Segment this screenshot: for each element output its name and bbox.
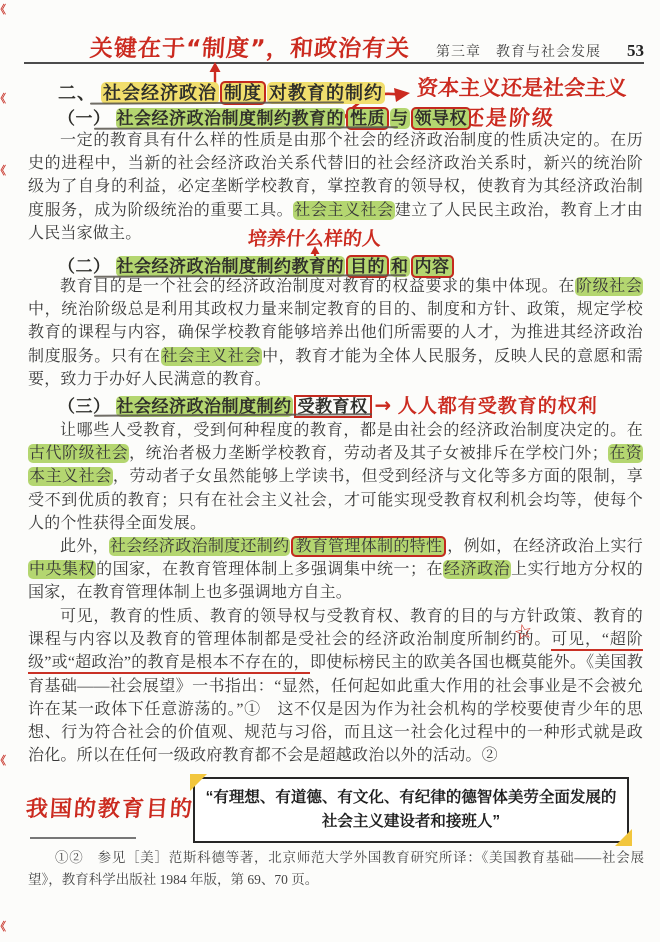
quote-line-1: “有理想、有道德、有文化、有纪律的德智体美劳全面发展的 bbox=[205, 786, 617, 810]
page-edge-mark: 《 bbox=[0, 752, 6, 768]
textbook-page: 《 《 《 《 《 关键在于“制度”，和政治有关 第三章 教育与社会发展 53 … bbox=[0, 0, 660, 942]
chapter-title: 第三章 教育与社会发展 bbox=[436, 41, 601, 61]
paragraph-3: 让哪些人受教育，受到何种程度的教育，都是由社会的经济政治制度决定的。在古代阶级社… bbox=[28, 419, 643, 535]
page-edge-mark: 《 bbox=[0, 1, 6, 17]
handwritten-note-capitalism: 资本主义还是社会主义 bbox=[416, 72, 628, 102]
page-edge-mark: 《 bbox=[0, 918, 6, 934]
footnote-text: ①② 参见［美］范斯科德等著，北京师范大学外国教育研究所译：《美国教育基础——社… bbox=[28, 847, 644, 891]
page-header: 第三章 教育与社会发展 53 bbox=[436, 41, 644, 61]
quote-line-2: 社会主义建设者和接班人” bbox=[205, 810, 617, 834]
page-number: 53 bbox=[627, 41, 644, 61]
handwritten-note-key-point: 关键在于“制度”，和政治有关 bbox=[89, 30, 412, 63]
subsection-heading-1: （一）社会经济政治制度制约教育的性质与领导权 bbox=[58, 104, 472, 129]
handwritten-note-education-goal: 我国的教育目的 bbox=[25, 792, 195, 823]
footnote-divider bbox=[30, 837, 136, 839]
header-divider bbox=[24, 62, 644, 64]
paragraph-5: 可见，教育的性质、教育的领导权与受教育权、教育的目的与方针政策、教育的课程与内容… bbox=[28, 605, 643, 767]
corner-fold-icon bbox=[615, 829, 632, 846]
page-edge-mark: 《 bbox=[0, 90, 6, 106]
paragraph-4: 此外，社会经济政治制度还制约教育管理体制的特性，例如，在经济政治上实行中央集权的… bbox=[28, 535, 643, 605]
quote-box: “有理想、有道德、有文化、有纪律的德智体美劳全面发展的 社会主义建设者和接班人” bbox=[193, 777, 629, 843]
page-edge-mark: 《 bbox=[0, 162, 6, 178]
paragraph-2: 教育目的是一个社会的经济政治制度对教育的权益要求的集中体现。在阶级社会中，统治阶… bbox=[28, 275, 643, 391]
